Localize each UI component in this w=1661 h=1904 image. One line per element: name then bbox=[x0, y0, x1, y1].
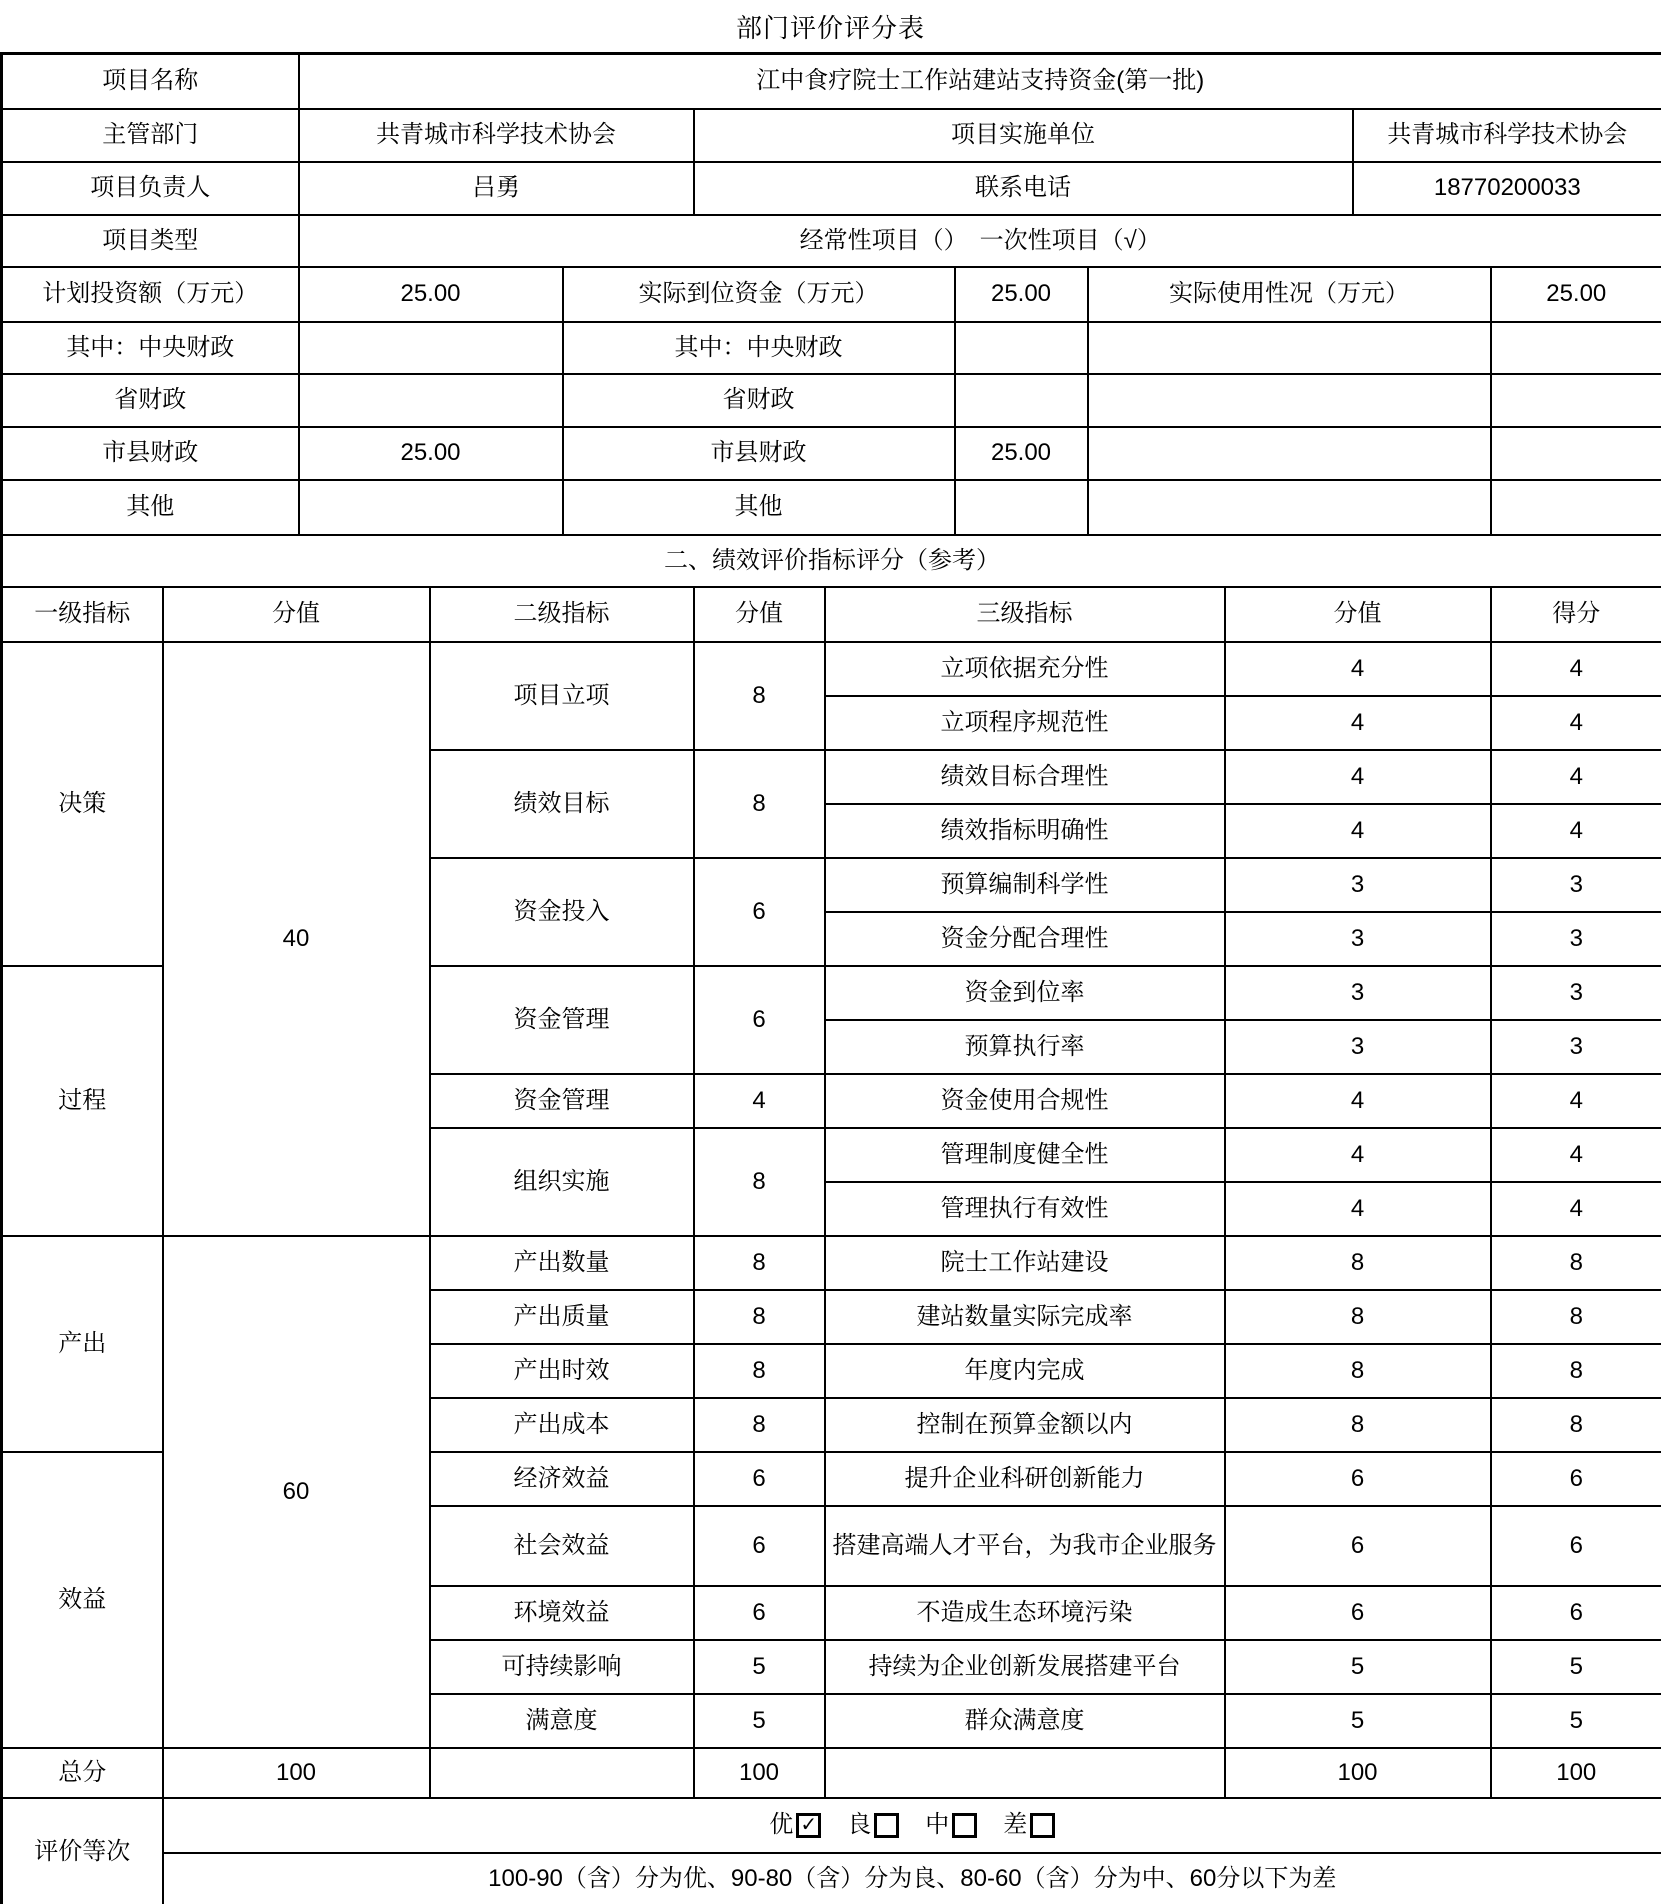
level3-got: 8 bbox=[1491, 1290, 1661, 1344]
indicator-row: 决策 40 项目立项 8 立项依据充分性 4 4 bbox=[2, 642, 1661, 696]
level3-indicator: 绩效指标明确性 bbox=[825, 804, 1225, 858]
col-header-score1: 分值 bbox=[163, 587, 430, 642]
level3-got: 4 bbox=[1491, 642, 1661, 696]
funding-value-plan: 25.00 bbox=[299, 267, 563, 322]
level2-score: 4 bbox=[694, 1074, 825, 1128]
level2-score: 8 bbox=[694, 642, 825, 750]
grade-option-label: 差 bbox=[1003, 1810, 1027, 1840]
level3-got: 6 bbox=[1491, 1586, 1661, 1640]
level2-indicator: 绩效目标 bbox=[430, 750, 694, 858]
row-funding-plan: 计划投资额（万元） 25.00 实际到位资金（万元） 25.00 实际使用性况（… bbox=[2, 267, 1661, 322]
level2-indicator: 组织实施 bbox=[430, 1128, 694, 1236]
level3-indicator: 建站数量实际完成率 bbox=[825, 1290, 1225, 1344]
total-score-level2: 100 bbox=[694, 1748, 825, 1798]
row-section2-header: 二、绩效评价指标评分（参考） bbox=[2, 535, 1661, 587]
level2-indicator: 项目立项 bbox=[430, 642, 694, 750]
row-funding-province: 省财政 省财政 bbox=[2, 374, 1661, 427]
col-header-level1: 一级指标 bbox=[2, 587, 163, 642]
funding-label-province: 省财政 bbox=[2, 374, 299, 427]
grade-options-cell: 优✓ 良 中 差 bbox=[163, 1798, 1661, 1853]
type-value: 经常性项目（） 一次性项目（√） bbox=[299, 215, 1661, 267]
funding-label-central-2: 其中：中央财政 bbox=[563, 322, 955, 374]
level2-score: 5 bbox=[694, 1640, 825, 1694]
level3-got: 5 bbox=[1491, 1694, 1661, 1748]
level3-score: 8 bbox=[1225, 1344, 1491, 1398]
funding-label-county-2: 市县财政 bbox=[563, 427, 955, 480]
level3-indicator: 资金到位率 bbox=[825, 966, 1225, 1020]
level3-score: 4 bbox=[1225, 1128, 1491, 1182]
row-column-headers: 一级指标 分值 二级指标 分值 三级指标 分值 得分 bbox=[2, 587, 1661, 642]
level3-score: 3 bbox=[1225, 966, 1491, 1020]
department-evaluation-sheet: 部门评价评分表 项目名称 江中食疗院士工作站建站支持资金(第一批) 主管部门 共… bbox=[0, 0, 1661, 1904]
level1-indicator-benefit: 效益 bbox=[2, 1452, 163, 1748]
leader-value: 吕勇 bbox=[299, 162, 694, 215]
level2-score: 6 bbox=[694, 1452, 825, 1506]
page-title: 部门评价评分表 bbox=[0, 0, 1661, 52]
grade-option-label: 中 bbox=[925, 1810, 949, 1840]
level2-indicator: 产出成本 bbox=[430, 1398, 694, 1452]
funding-label-empty bbox=[1088, 427, 1491, 480]
level3-score: 3 bbox=[1225, 1020, 1491, 1074]
level2-score: 8 bbox=[694, 1236, 825, 1290]
level3-indicator: 资金使用合规性 bbox=[825, 1074, 1225, 1128]
col-header-score3: 分值 bbox=[1225, 587, 1491, 642]
level2-score: 5 bbox=[694, 1694, 825, 1748]
level3-score: 4 bbox=[1225, 750, 1491, 804]
funding-value bbox=[299, 322, 563, 374]
level3-score: 4 bbox=[1225, 696, 1491, 750]
dept-value: 共青城市科学技术协会 bbox=[299, 109, 694, 162]
level3-indicator: 群众满意度 bbox=[825, 1694, 1225, 1748]
funding-label-other-2: 其他 bbox=[563, 480, 955, 535]
level3-indicator: 管理执行有效性 bbox=[825, 1182, 1225, 1236]
row-funding-central: 其中：中央财政 其中：中央财政 bbox=[2, 322, 1661, 374]
funding-value-county: 25.00 bbox=[299, 427, 563, 480]
level3-indicator: 资金分配合理性 bbox=[825, 912, 1225, 966]
level3-score: 4 bbox=[1225, 1182, 1491, 1236]
evaluation-table: 项目名称 江中食疗院士工作站建站支持资金(第一批) 主管部门 共青城市科学技术协… bbox=[0, 52, 1661, 1904]
level3-got: 4 bbox=[1491, 696, 1661, 750]
level3-score: 4 bbox=[1225, 1074, 1491, 1128]
level3-score: 6 bbox=[1225, 1452, 1491, 1506]
level2-indicator: 可持续影响 bbox=[430, 1640, 694, 1694]
level2-indicator: 满意度 bbox=[430, 1694, 694, 1748]
level3-got: 8 bbox=[1491, 1398, 1661, 1452]
level1-indicator-process: 过程 bbox=[2, 966, 163, 1236]
level2-score: 6 bbox=[694, 858, 825, 966]
impl-unit-label: 项目实施单位 bbox=[694, 109, 1353, 162]
row-grade-options: 评价等次 优✓ 良 中 差 bbox=[2, 1798, 1661, 1853]
level2-score: 6 bbox=[694, 1586, 825, 1640]
level3-indicator: 预算编制科学性 bbox=[825, 858, 1225, 912]
section2-title: 二、绩效评价指标评分（参考） bbox=[2, 535, 1661, 587]
funding-value bbox=[1491, 374, 1661, 427]
total-empty-level3 bbox=[825, 1748, 1225, 1798]
level2-indicator: 经济效益 bbox=[430, 1452, 694, 1506]
level3-got: 3 bbox=[1491, 966, 1661, 1020]
level3-score: 3 bbox=[1225, 912, 1491, 966]
level2-score: 8 bbox=[694, 1290, 825, 1344]
level2-indicator: 产出数量 bbox=[430, 1236, 694, 1290]
level3-indicator: 年度内完成 bbox=[825, 1344, 1225, 1398]
level3-got: 4 bbox=[1491, 1128, 1661, 1182]
level3-got: 6 bbox=[1491, 1506, 1661, 1586]
funding-label-empty bbox=[1088, 322, 1491, 374]
row-dept: 主管部门 共青城市科学技术协会 项目实施单位 共青城市科学技术协会 bbox=[2, 109, 1661, 162]
grade-checkbox-excellent[interactable]: ✓ bbox=[796, 1813, 821, 1838]
funding-value-used: 25.00 bbox=[1491, 267, 1661, 322]
level2-indicator: 产出时效 bbox=[430, 1344, 694, 1398]
phone-label: 联系电话 bbox=[694, 162, 1353, 215]
indicator-row: 产出 60 产出数量 8 院士工作站建设 8 8 bbox=[2, 1236, 1661, 1290]
level3-got: 4 bbox=[1491, 1074, 1661, 1128]
level3-indicator: 提升企业科研创新能力 bbox=[825, 1452, 1225, 1506]
level3-score: 6 bbox=[1225, 1506, 1491, 1586]
level3-got: 4 bbox=[1491, 804, 1661, 858]
level2-indicator: 资金投入 bbox=[430, 858, 694, 966]
project-name-value: 江中食疗院士工作站建站支持资金(第一批) bbox=[299, 54, 1661, 109]
level2-score: 6 bbox=[694, 1506, 825, 1586]
level3-indicator: 持续为企业创新发展搭建平台 bbox=[825, 1640, 1225, 1694]
level3-indicator: 管理制度健全性 bbox=[825, 1128, 1225, 1182]
level1-indicator-output: 产出 bbox=[2, 1236, 163, 1452]
funding-value bbox=[1491, 322, 1661, 374]
grade-note: 100-90（含）分为优、90-80（含）分为良、80-60（含）分为中、60分… bbox=[163, 1853, 1661, 1904]
level3-got: 8 bbox=[1491, 1236, 1661, 1290]
level1-score-40: 40 bbox=[163, 642, 430, 1236]
impl-unit-value: 共青城市科学技术协会 bbox=[1353, 109, 1661, 162]
grade-option-label: 良 bbox=[847, 1810, 871, 1840]
funding-value bbox=[1491, 427, 1661, 480]
level3-score: 6 bbox=[1225, 1586, 1491, 1640]
funding-value bbox=[299, 374, 563, 427]
level3-got: 8 bbox=[1491, 1344, 1661, 1398]
level1-score-60: 60 bbox=[163, 1236, 430, 1748]
level3-indicator: 院士工作站建设 bbox=[825, 1236, 1225, 1290]
level3-score: 4 bbox=[1225, 804, 1491, 858]
level2-indicator: 产出质量 bbox=[430, 1290, 694, 1344]
phone-value: 18770200033 bbox=[1353, 162, 1661, 215]
level2-score: 8 bbox=[694, 750, 825, 858]
level3-score: 8 bbox=[1225, 1290, 1491, 1344]
total-label: 总分 bbox=[2, 1748, 163, 1798]
level2-score: 8 bbox=[694, 1398, 825, 1452]
col-header-score2: 分值 bbox=[694, 587, 825, 642]
level2-indicator: 资金管理 bbox=[430, 966, 694, 1074]
level3-indicator: 不造成生态环境污染 bbox=[825, 1586, 1225, 1640]
funding-label-central: 其中：中央财政 bbox=[2, 322, 299, 374]
level3-indicator: 绩效目标合理性 bbox=[825, 750, 1225, 804]
level2-score: 8 bbox=[694, 1344, 825, 1398]
level3-got: 6 bbox=[1491, 1452, 1661, 1506]
row-total: 总分 100 100 100 100 bbox=[2, 1748, 1661, 1798]
level2-score: 6 bbox=[694, 966, 825, 1074]
funding-label-county: 市县财政 bbox=[2, 427, 299, 480]
total-empty-level2 bbox=[430, 1748, 694, 1798]
row-project-type: 项目类型 经常性项目（） 一次性项目（√） bbox=[2, 215, 1661, 267]
level3-got: 4 bbox=[1491, 750, 1661, 804]
level3-got: 3 bbox=[1491, 858, 1661, 912]
project-name-label: 项目名称 bbox=[2, 54, 299, 109]
grade-option-good: 良 bbox=[847, 1810, 899, 1840]
level2-indicator: 社会效益 bbox=[430, 1506, 694, 1586]
level3-score: 5 bbox=[1225, 1694, 1491, 1748]
level2-score: 8 bbox=[694, 1128, 825, 1236]
grade-checkbox-medium[interactable] bbox=[952, 1813, 977, 1838]
level3-indicator: 搭建高端人才平台，为我市企业服务 bbox=[825, 1506, 1225, 1586]
total-score-level1: 100 bbox=[163, 1748, 430, 1798]
funding-value bbox=[1491, 480, 1661, 535]
total-score-level3: 100 bbox=[1225, 1748, 1491, 1798]
funding-value bbox=[299, 480, 563, 535]
grade-option-poor: 差 bbox=[1003, 1810, 1055, 1840]
level3-score: 3 bbox=[1225, 858, 1491, 912]
funding-label-empty bbox=[1088, 480, 1491, 535]
col-header-level2: 二级指标 bbox=[430, 587, 694, 642]
level3-indicator: 立项依据充分性 bbox=[825, 642, 1225, 696]
funding-value bbox=[955, 480, 1088, 535]
funding-value bbox=[955, 322, 1088, 374]
funding-label-received: 实际到位资金（万元） bbox=[563, 267, 955, 322]
funding-label-other: 其他 bbox=[2, 480, 299, 535]
level3-got: 5 bbox=[1491, 1640, 1661, 1694]
grade-option-label: 优 bbox=[769, 1810, 793, 1840]
funding-label-empty bbox=[1088, 374, 1491, 427]
level3-indicator: 立项程序规范性 bbox=[825, 696, 1225, 750]
level3-score: 8 bbox=[1225, 1398, 1491, 1452]
grade-checkbox-poor[interactable] bbox=[1030, 1813, 1055, 1838]
funding-value bbox=[955, 374, 1088, 427]
level1-indicator-decision: 决策 bbox=[2, 642, 163, 966]
funding-label-plan: 计划投资额（万元） bbox=[2, 267, 299, 322]
level3-got: 3 bbox=[1491, 912, 1661, 966]
level3-got: 4 bbox=[1491, 1182, 1661, 1236]
funding-value-county-2: 25.00 bbox=[955, 427, 1088, 480]
row-funding-county: 市县财政 25.00 市县财政 25.00 bbox=[2, 427, 1661, 480]
level3-score: 4 bbox=[1225, 642, 1491, 696]
total-got: 100 bbox=[1491, 1748, 1661, 1798]
grade-options: 优✓ 良 中 差 bbox=[169, 1810, 1657, 1840]
level2-indicator: 环境效益 bbox=[430, 1586, 694, 1640]
leader-label: 项目负责人 bbox=[2, 162, 299, 215]
row-project-name: 项目名称 江中食疗院士工作站建站支持资金(第一批) bbox=[2, 54, 1661, 109]
dept-label: 主管部门 bbox=[2, 109, 299, 162]
col-header-level3: 三级指标 bbox=[825, 587, 1225, 642]
level3-indicator: 控制在预算金额以内 bbox=[825, 1398, 1225, 1452]
level2-indicator: 资金管理 bbox=[430, 1074, 694, 1128]
grade-option-medium: 中 bbox=[925, 1810, 977, 1840]
grade-checkbox-good[interactable] bbox=[874, 1813, 899, 1838]
row-leader: 项目负责人 吕勇 联系电话 18770200033 bbox=[2, 162, 1661, 215]
grade-option-excellent: 优✓ bbox=[769, 1810, 821, 1840]
level3-score: 5 bbox=[1225, 1640, 1491, 1694]
row-grade-note: 100-90（含）分为优、90-80（含）分为良、80-60（含）分为中、60分… bbox=[2, 1853, 1661, 1904]
level3-score: 8 bbox=[1225, 1236, 1491, 1290]
level3-got: 3 bbox=[1491, 1020, 1661, 1074]
col-header-got: 得分 bbox=[1491, 587, 1661, 642]
level3-indicator: 预算执行率 bbox=[825, 1020, 1225, 1074]
funding-label-province-2: 省财政 bbox=[563, 374, 955, 427]
grade-label: 评价等次 bbox=[2, 1798, 163, 1904]
row-funding-other: 其他 其他 bbox=[2, 480, 1661, 535]
type-label: 项目类型 bbox=[2, 215, 299, 267]
funding-label-used: 实际使用性况（万元） bbox=[1088, 267, 1491, 322]
funding-value-received: 25.00 bbox=[955, 267, 1088, 322]
